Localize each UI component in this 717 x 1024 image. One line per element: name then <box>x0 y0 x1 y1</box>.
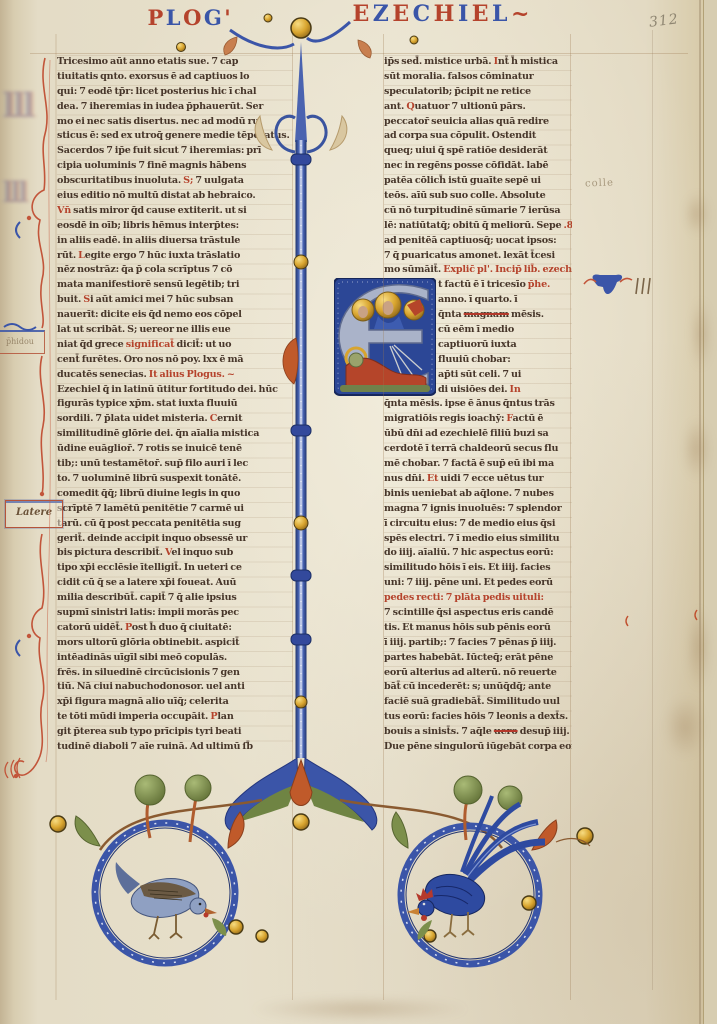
text-line: git p̄terea sub typo prīcipis tyri beati <box>57 725 293 740</box>
text-line: bis pictura describit̄. Vel inquo sub <box>57 546 293 561</box>
text-line: milia describūt̄. capit̄ 7 q̄ alie ipsiu… <box>57 591 293 606</box>
text-line: cipia uoluminis 7 finē magnis hābens <box>57 159 293 174</box>
text-line: sordili. 7 p̄lata uidet misteria. Cernit <box>57 412 293 427</box>
hen-bird <box>116 862 227 939</box>
text-line: ī iiij. partib;: 7 facies 7 pēnas p̄ iii… <box>384 636 572 651</box>
manuscript-page: lll lll PLOG' EZECHIEL~ 312 Tricesimo aū… <box>0 0 717 1024</box>
text-line: mo sūmāit̄. Explic̄ pl'. Incip̄ lib̄. ez… <box>384 263 572 278</box>
text-line: mors ultorū glōria obtinebit. aspicit̄ <box>57 636 293 651</box>
text-line: similitudo hōis ī eis. Et iiij. facies <box>384 561 572 576</box>
text-line: sticus ē: sed ex utroq̄ genere medie tēp… <box>57 129 293 144</box>
gold-bezant-icon <box>577 828 593 844</box>
bas-de-page-ornament <box>50 758 593 964</box>
gold-bezant-icon <box>291 18 311 38</box>
margin-paraph <box>584 275 650 294</box>
stain <box>682 418 712 480</box>
title-letter: C <box>412 1 433 27</box>
title-letter: E <box>352 1 372 27</box>
text-line: nauerīt: dicite eis q̄d nemo eos cōpel <box>57 308 293 323</box>
text-line: figurās typice xp̄m. stat iuxta fluuiū <box>57 397 293 412</box>
running-title-prologus: PLOG' <box>147 5 233 30</box>
text-line: partes habebāt. Iūcteq̄; erāt pēne <box>384 651 572 666</box>
gold-bezant-icon <box>229 920 243 934</box>
text-line: spēs electri. 7 ī medio eius similitu <box>384 532 572 547</box>
text-line: speculatorib; p̄cipit ne retice <box>384 85 572 100</box>
marginal-gloss-frame: p̄hidou <box>0 330 45 354</box>
text-line: tib;: unū testamētor̄. sup̄ filo auri ī … <box>57 457 293 472</box>
text-line: lat ut scribāt. S; uereor ne illis eue <box>57 323 293 338</box>
foliate-ball <box>454 776 482 804</box>
title-letter: G <box>203 5 223 30</box>
text-line: tiuitatis qnto. exorsus ē ad captiuos lo <box>57 70 293 85</box>
title-letter: I <box>457 1 471 27</box>
prophet-face <box>349 353 363 367</box>
text-line: sūt moralia. falsos cōminatur <box>384 70 572 85</box>
face <box>383 301 394 315</box>
text-line: 7 q̄ puaricatus amonet. lexāt t̄cesi <box>384 249 572 264</box>
text-line: cent̄ furētes. Oro nos nō poy. lxx ē mā <box>57 353 293 368</box>
face <box>358 306 368 318</box>
text-line: Vn̄ satis miror q̄d cause extiterit. ut … <box>57 204 293 219</box>
ground-strip <box>340 385 430 392</box>
text-line: faciē suā gradiebāt̄. Similitudo uul <box>384 695 572 710</box>
text-line: tudinē diaboli 7 aīe ruinā. Ad ultimū ſb… <box>57 740 293 755</box>
text-column-left: Tricesimo aūt anno etatis sue. 7 captiui… <box>57 55 293 755</box>
text-line: obscuritatibus inuoluta. S; 7 uulgata <box>57 174 293 189</box>
penwork-border <box>4 58 50 778</box>
text-line: mata manifestiorē sensū legētib; tri <box>57 278 293 293</box>
text-line: Due pēne singulorū iūgebāt corpa eor̄. E… <box>384 740 572 755</box>
text-line: 7 scintille q̄si aspectus eris candē <box>384 606 572 621</box>
marginal-note: colle <box>585 177 614 189</box>
text-line: xp̄i figura magnā alio uīq̄; celerita <box>57 695 293 710</box>
title-letter: P <box>147 5 165 30</box>
text-line: patēa cōlich̄ istū guaīte sepē ui <box>384 174 572 189</box>
ink-offset-ghost: lll <box>2 86 32 126</box>
text-line: mē chobar. 7 factā ē sup̄ eū ibi ma <box>384 457 572 472</box>
rooster-bird <box>407 796 545 940</box>
folio-number: 312 <box>648 11 679 31</box>
text-line: to. 7 uoluminē librū suspexit tonātē. <box>57 472 293 487</box>
text-line: bouis a sinist̄s. 7 aq̄le uero desup̄ ii… <box>384 725 572 740</box>
text-line: ad corpa sua cōpulit. Ostendit <box>384 129 572 144</box>
title-letter: ' <box>224 5 233 30</box>
text-line: in aliis eadē. in aliis diuersa trāstule <box>57 234 293 249</box>
text-line: mo ei nec satis disertus. nec ad modū ru <box>57 115 293 130</box>
text-line: rūt. Legite ergo 7 hūc iuxta trāslatio <box>57 249 293 264</box>
text-line: cū nō turpitudinē sūmarie 7 ierūsa <box>384 204 572 219</box>
text-line: Sacerdos 7 ip̄e fuit sicut 7 iheremias: … <box>57 144 293 159</box>
margin-ticks <box>626 610 697 626</box>
text-line: scrīptē 7 lamētū penitētie 7 carmē ui <box>57 502 293 517</box>
text-line: ip̄s sed̄. mistice urbā. Int̄ h̄ mistica <box>384 55 572 70</box>
text-line: peccator̄ seuicia alias quā redire <box>384 115 572 130</box>
text-line: ī circuitu eius: 7 de medio eius q̄si <box>384 517 572 532</box>
text-line: eorū alterius ad alterū. nō reuerte <box>384 666 572 681</box>
ink-offset-ghost: lll <box>2 176 25 209</box>
text-line: eosdē in oīb; libris hēmus interp̄tes: <box>57 219 293 234</box>
text-line: cidit cū q̄ se a latere xp̄i foueat. Auū <box>57 576 293 591</box>
text-line: supmī sinistri latis: impii morās pec <box>57 606 293 621</box>
gold-bezant-icon <box>293 814 309 830</box>
title-letter: Z <box>372 1 392 27</box>
text-line: qui: 7 eodē tp̄r: licet posterius hic ī … <box>57 85 293 100</box>
text-line: Ezechiel q̄ in latinū ūtitur fortitudo d… <box>57 383 293 398</box>
text-line: dea. 7 iheremias in iudea p̄phauerūt. Se… <box>57 100 293 115</box>
text-line: nec in regēns posse cōfidāt. labē <box>384 159 572 174</box>
text-line: cerdotē ī terrā chaldeorū secus flu <box>384 442 572 457</box>
text-line: ūdine euāglior̄. 7 rotis se inuicē tenē <box>57 442 293 457</box>
gold-bezant-icon <box>294 255 308 269</box>
text-line: tis. Et manus hōis sub pēnis eorū <box>384 621 572 636</box>
text-line: teōs. aīū sub suo colle. Absolute <box>384 189 572 204</box>
text-line: queq; uiui q̄ spē ratiōe desiderāt <box>384 144 572 159</box>
text-line: pedes recti: 7 plāta pedis uituli: <box>384 591 572 606</box>
text-line: nēz nostrāz: q̄a p̄ cola scrīptus 7 cō <box>57 263 293 278</box>
gold-bezant-icon <box>522 896 536 910</box>
marginal-label-frame: Latere <box>5 500 63 528</box>
text-line: tiū. Nā ciui nabuchodonosor. uel anti <box>57 680 293 695</box>
historiated-initial-E <box>334 278 436 397</box>
vine-roundel <box>95 823 235 963</box>
text-line: uni: 7 iiij. pēne uni. Et pedes eorū <box>384 576 572 591</box>
text-line: tus eorū: facies hōis 7 leonis a dext̄s. <box>384 710 572 725</box>
text-line: niat q̄d grece significat̄ dicit̄: ut uo <box>57 338 293 353</box>
title-letter: O <box>183 5 204 30</box>
text-line: tarū. cū q̄ post peccata penitētia sug <box>57 517 293 532</box>
stain <box>684 192 710 236</box>
text-line: migratiōis regis ioachȳ: Factū ē <box>384 412 572 427</box>
text-line: buit. Si aūt amici mei 7 hūc subsan <box>57 293 293 308</box>
foliate-ball <box>498 786 522 810</box>
gold-bezant-icon <box>256 930 268 942</box>
text-line: frēs. in siluedinē circūcisionis 7 gen <box>57 666 293 681</box>
title-letter: E <box>471 1 491 27</box>
stain <box>250 996 470 1022</box>
text-line: ūbū dn̄i ad ezechielē filiū buzi sa <box>384 427 572 442</box>
gold-bezant-icon <box>50 816 66 832</box>
stain <box>686 606 712 690</box>
text-line: te tōti mūdi imperia occupāit. Plan <box>57 710 293 725</box>
text-line: Tricesimo aūt anno etatis sue. 7 cap <box>57 55 293 70</box>
title-letter: ~ <box>510 1 532 27</box>
text-line: catorū uidēt̄. Post h̄ duo q̄ ciuitatē: <box>57 621 293 636</box>
text-line: ant. Quatuor 7 ultionū pārs. <box>384 100 572 115</box>
stain <box>690 298 712 370</box>
foliate-ball <box>185 775 211 801</box>
vine-roundel <box>401 826 539 964</box>
text-line: magna 7 ignis inuoluēs: 7 splendor <box>384 502 572 517</box>
text-line: gerit̄. deinde accipit inquo obsessē ur <box>57 532 293 547</box>
text-line: ducatēs senecias. It alius Plogus. ~ <box>57 368 293 383</box>
text-line: eius editio nō multū distat ab hebraico. <box>57 189 293 204</box>
text-line: ad penitēā captiuosq̄; uocat ipsos: <box>384 234 572 249</box>
text-line: do iiij. aīaliū. 7 hic aspectus eorū: <box>384 546 572 561</box>
text-line: comedit q̄q̄; librū diuine legis in quo <box>57 487 293 502</box>
title-letter: H <box>433 1 457 27</box>
text-line: q̄nta mēsis. ipse ē ānus q̄ntus trās <box>384 397 572 412</box>
text-line: similitudinē glōrie dei. q̄n aīalia mist… <box>57 427 293 442</box>
text-line: lē: natiūtatq̄; obitū q̄ meliorū. Sepe .… <box>384 219 572 234</box>
gold-bezant-icon <box>294 516 308 530</box>
title-letter: L <box>492 1 511 27</box>
running-title-ezechiel: EZECHIEL~ <box>352 1 532 27</box>
parchment-crease <box>652 30 653 990</box>
page-edge <box>703 0 717 1024</box>
gold-bezant-icon <box>424 930 436 942</box>
parchment-crease <box>699 0 701 1024</box>
foliate-ball <box>135 775 165 805</box>
text-line: binis ueniebat ab aq̄lone. 7 nubes <box>384 487 572 502</box>
text-line: bāt̄ cū incederēt: s; unūq̄dq̄; ante <box>384 680 572 695</box>
title-letter: L <box>165 5 182 30</box>
text-column-right: ip̄s sed̄. mistice urbā. Int̄ h̄ mistica… <box>384 55 572 755</box>
text-line: tipo xp̄i ecclēsie ītelligit̄. In ueteri… <box>57 561 293 576</box>
text-line: nus dn̄i. Et uidi 7 ecce uētus tur <box>384 472 572 487</box>
text-line: intēadinās uīgīl sibi meō copulās. <box>57 651 293 666</box>
title-letter: E <box>392 1 412 27</box>
gold-bezant-icon <box>295 696 307 708</box>
stain <box>664 696 706 758</box>
